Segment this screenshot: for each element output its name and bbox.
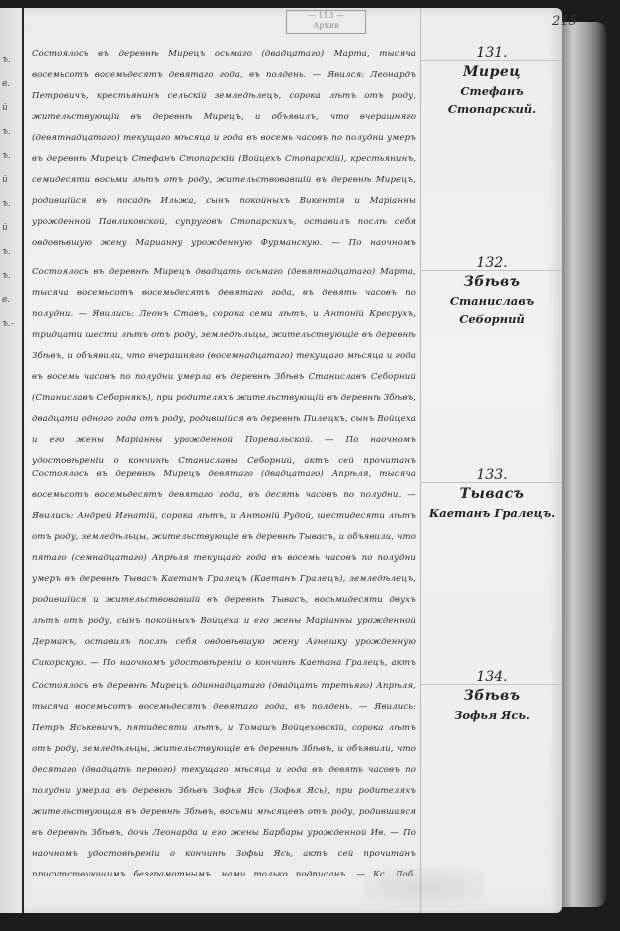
- margin-column-rule: [420, 8, 421, 913]
- entry-margin: 132. Збѣвъ Станиславъ Себорний: [422, 254, 562, 328]
- paper-stain: [364, 868, 484, 908]
- entry-text: Состоялось въ деревнѣ Мирецъ девятаго (д…: [32, 464, 416, 668]
- book-binding-edge: [562, 22, 606, 907]
- margin-mark: ъ.: [2, 264, 20, 288]
- entry-margin: 133. Тывасъ Каетанъ Гралецъ.: [422, 466, 562, 522]
- entry-text: Состоялось въ деревнѣ Мирецъ осьмаго (дв…: [32, 44, 416, 254]
- entry-margin: 131. Мирец Стефанъ Стопарский.: [422, 44, 562, 118]
- entry-number: 131.: [422, 44, 562, 62]
- entry-margin: 134. Збѣвъ Зофья Ясь.: [422, 668, 562, 724]
- entry-deceased-name: Станиславъ Себорний: [422, 292, 562, 328]
- margin-mark: ъ.: [2, 144, 20, 168]
- margin-mark: ъ.: [2, 240, 20, 264]
- archive-stamp: — 113 — Архив: [286, 10, 366, 34]
- archive-stamp-text: Архив: [287, 21, 365, 31]
- entry-number: 132.: [422, 254, 562, 272]
- entry-village: Тывасъ: [422, 484, 562, 504]
- left-page-edge: ъ. в. й ъ. ъ. й ъ. й ъ. ъ. в. ъ.-: [0, 8, 25, 913]
- margin-mark: ъ.: [2, 120, 20, 144]
- margin-mark: ъ.-: [2, 312, 20, 336]
- entry-text: Состоялось въ деревнѣ Мирецъ двадцать ос…: [32, 262, 416, 466]
- margin-mark: в.: [2, 72, 20, 96]
- margin-mark: в.: [2, 288, 20, 312]
- entry-village: Збѣвъ: [422, 272, 562, 292]
- margin-mark: й: [2, 96, 20, 120]
- margin-mark: ъ.: [2, 48, 20, 72]
- entry-number: 133.: [422, 466, 562, 484]
- margin-mark: й: [2, 168, 20, 192]
- entry-number: 134.: [422, 668, 562, 686]
- margin-mark: й: [2, 216, 20, 240]
- entry-text: Состоялось въ деревнѣ Мирецъ одиннадцата…: [32, 676, 416, 876]
- left-margin-marks: ъ. в. й ъ. ъ. й ъ. й ъ. ъ. в. ъ.-: [2, 48, 20, 336]
- entry-deceased-name: Каетанъ Гралецъ.: [422, 504, 562, 522]
- entry-village: Збѣвъ: [422, 686, 562, 706]
- entry-village: Мирец: [422, 62, 562, 82]
- entry-deceased-name: Зофья Ясь.: [422, 706, 562, 724]
- entry-deceased-name: Стефанъ Стопарский.: [422, 82, 562, 118]
- margin-mark: ъ.: [2, 192, 20, 216]
- archive-stamp-number: — 113 —: [287, 11, 365, 21]
- page-number: 215: [552, 14, 577, 29]
- register-page: — 113 — Архив 131. Мирец Стефанъ Стопарс…: [24, 8, 562, 913]
